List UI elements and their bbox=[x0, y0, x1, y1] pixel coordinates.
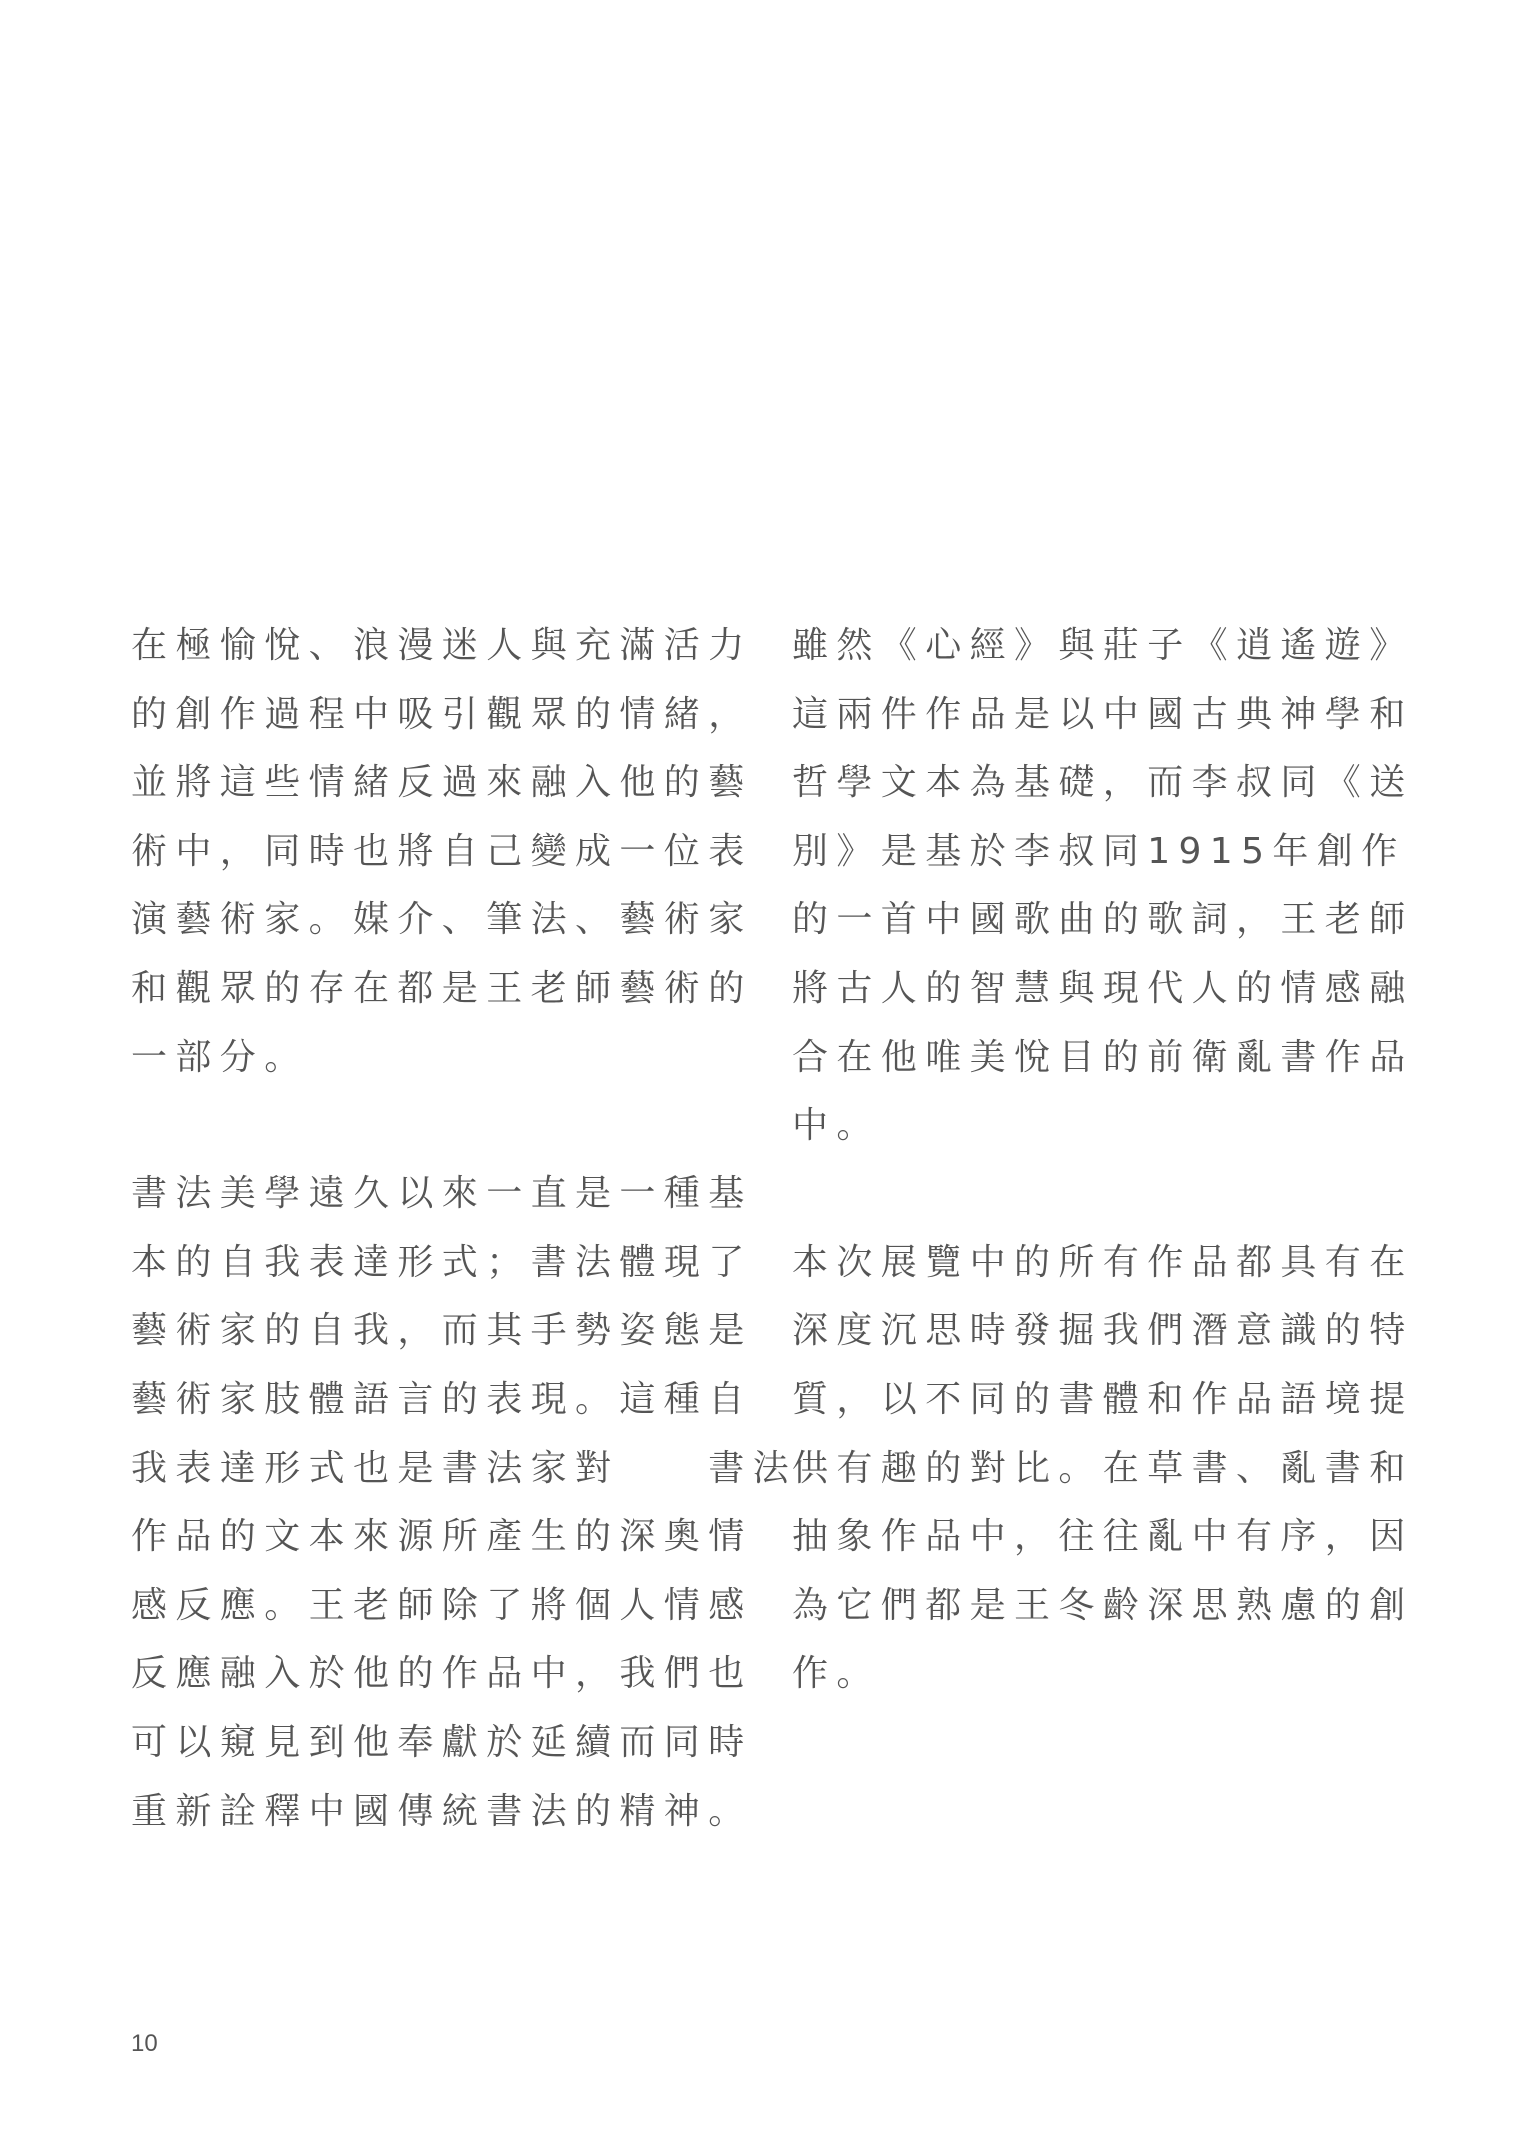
left-column: 在極愉悅、浪漫迷人與充滿活力 的創作過程中吸引觀眾的情緒， 並將這些情緒反過來融… bbox=[131, 622, 731, 1924]
text-line: 反應融入於他的作品中，我們也 bbox=[131, 1650, 731, 1719]
text-line: 藝術家的自我，而其手勢姿態是 bbox=[131, 1307, 731, 1376]
text-line: 作品的文本來源所產生的深奧情 bbox=[131, 1513, 731, 1582]
text-line: 別》是基於李叔同1915年創作 bbox=[792, 828, 1392, 897]
text-line: 合在他唯美悅目的前衛亂書作品 bbox=[792, 1034, 1392, 1103]
text-line: 術中，同時也將自己變成一位表 bbox=[131, 828, 731, 897]
text-line: 供有趣的對比。在草書、亂書和 bbox=[792, 1445, 1392, 1514]
text-line: 雖然《心經》與莊子《逍遙遊》 bbox=[792, 622, 1392, 691]
text-line: 的創作過程中吸引觀眾的情緒， bbox=[131, 691, 731, 760]
text-line: 中。 bbox=[792, 1102, 1392, 1171]
text-line: 一部分。 bbox=[131, 1034, 731, 1103]
text-line: 並將這些情緒反過來融入他的藝 bbox=[131, 759, 731, 828]
text-line: 在極愉悅、浪漫迷人與充滿活力 bbox=[131, 622, 731, 691]
text-line: 質，以不同的書體和作品語境提 bbox=[792, 1376, 1392, 1445]
text-line: 和觀眾的存在都是王老師藝術的 bbox=[131, 965, 731, 1034]
text-line: 將古人的智慧與現代人的情感融 bbox=[792, 965, 1392, 1034]
paragraph-calligraphy-aesthetics: 書法美學遠久以來一直是一種基 本的自我表達形式；書法體現了 藝術家的自我，而其手… bbox=[131, 1170, 731, 1856]
text-line: 感反應。王老師除了將個人情感 bbox=[131, 1582, 731, 1651]
text-line: 抽象作品中，往往亂中有序，因 bbox=[792, 1513, 1392, 1582]
paragraph-performance-art: 在極愉悅、浪漫迷人與充滿活力 的創作過程中吸引觀眾的情緒， 並將這些情緒反過來融… bbox=[131, 622, 731, 1102]
page-number: 10 bbox=[131, 2030, 158, 2058]
text-line: 哲學文本為基礎，而李叔同《送 bbox=[792, 759, 1392, 828]
text-line: 為它們都是王冬齡深思熟慮的創 bbox=[792, 1582, 1392, 1651]
paragraph-exhibition-works: 本次展覽中的所有作品都具有在 深度沉思時發掘我們潛意識的特 質，以不同的書體和作… bbox=[792, 1239, 1392, 1719]
text-line: 書法美學遠久以來一直是一種基 bbox=[131, 1170, 731, 1239]
text-line: 本的自我表達形式；書法體現了 bbox=[131, 1239, 731, 1308]
right-column: 雖然《心經》與莊子《逍遙遊》 這兩件作品是以中國古典神學和 哲學文本為基礎，而李… bbox=[792, 622, 1392, 1787]
text-line: 重新詮釋中國傳統書法的精神。 bbox=[131, 1788, 731, 1857]
text-line: 這兩件作品是以中國古典神學和 bbox=[792, 691, 1392, 760]
text-line: 深度沉思時發掘我們潛意識的特 bbox=[792, 1307, 1392, 1376]
text-line: 演藝術家。媒介、筆法、藝術家 bbox=[131, 896, 731, 965]
text-line: 本次展覽中的所有作品都具有在 bbox=[792, 1239, 1392, 1308]
paragraph-classical-texts: 雖然《心經》與莊子《逍遙遊》 這兩件作品是以中國古典神學和 哲學文本為基礎，而李… bbox=[792, 622, 1392, 1171]
text-line: 作。 bbox=[792, 1650, 1392, 1719]
text-line: 的一首中國歌曲的歌詞，王老師 bbox=[792, 896, 1392, 965]
text-line: 我表達形式也是書法家對 書法 bbox=[131, 1445, 731, 1514]
document-page: 在極愉悅、浪漫迷人與充滿活力 的創作過程中吸引觀眾的情緒， 並將這些情緒反過來融… bbox=[0, 0, 1515, 2150]
text-line: 藝術家肢體語言的表現。這種自 bbox=[131, 1376, 731, 1445]
text-line: 可以窺見到他奉獻於延續而同時 bbox=[131, 1719, 731, 1788]
